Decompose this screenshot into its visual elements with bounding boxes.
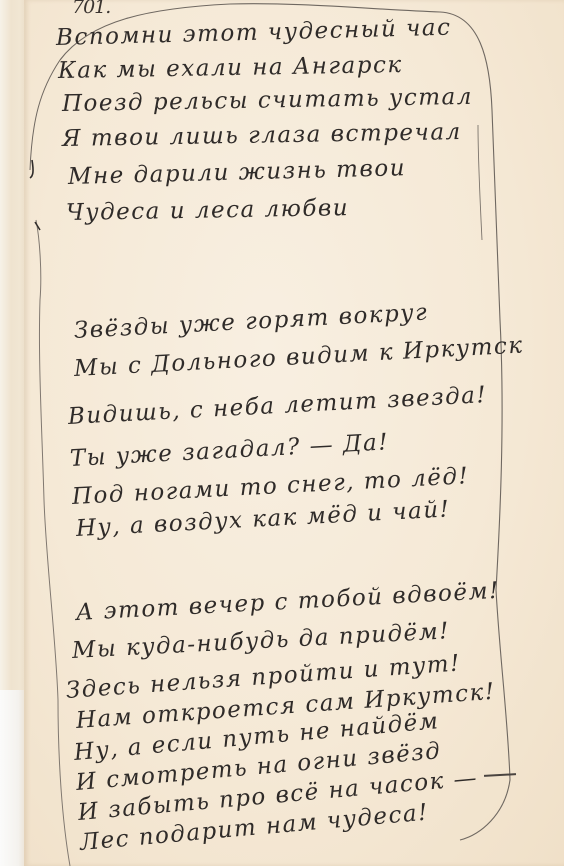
background-behind-page bbox=[0, 690, 26, 866]
manuscript-viewport: 701. Вспомни этот чудесный час Как мы ех… bbox=[0, 0, 564, 866]
verse-line: Чудеса и леса любви bbox=[66, 195, 350, 226]
folio-number: 701. bbox=[72, 0, 110, 18]
